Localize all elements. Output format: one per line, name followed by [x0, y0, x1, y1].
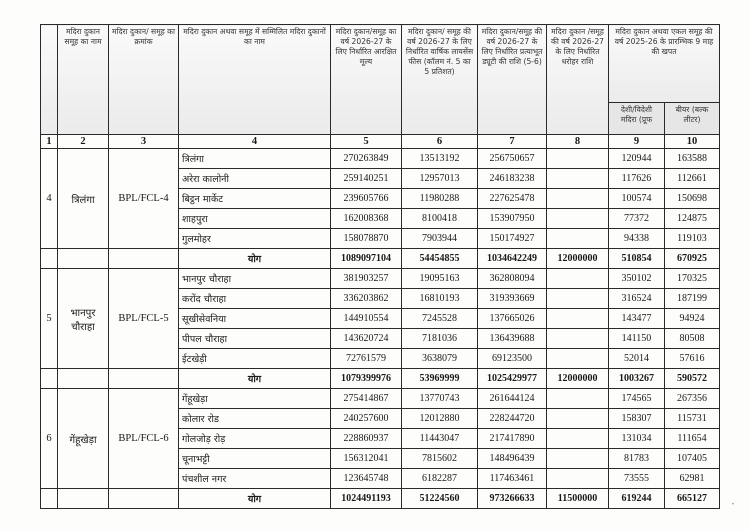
empty-cell — [41, 489, 58, 509]
cell-c6: 13513192 — [402, 149, 478, 169]
header-license-fee: मदिरा दुकान/ समूह की वर्ष 2026-27 के लिए… — [402, 25, 478, 135]
cell-c8 — [547, 469, 609, 489]
table-row: 5भानपुर चौराहाBPL/FCL-5भानपुर चौराहा3819… — [41, 269, 720, 289]
cell-c5: 259140251 — [331, 169, 402, 189]
header-guaranteed-duty: मदिरा दुकान/समूह की वर्ष 2026-27 के लिए … — [478, 25, 547, 135]
column-number: 7 — [478, 135, 547, 149]
header-group-name: मदिरा दुकान समूह का नाम — [58, 25, 109, 135]
cell-c5: 240257600 — [331, 409, 402, 429]
cell-c10: 124875 — [665, 209, 720, 229]
serial-number: 6 — [41, 389, 58, 489]
cell-c7: 319393669 — [478, 289, 547, 309]
shop-name: शाहपुरा — [179, 209, 331, 229]
cell-c10: 112661 — [665, 169, 720, 189]
header-group-code: मदिरा दुकान/ समूह का क्रमांक — [109, 25, 179, 135]
shop-name: चूनाभट्टी — [179, 449, 331, 469]
cell-c9: 143477 — [609, 309, 665, 329]
total-c9: 619244 — [609, 489, 665, 509]
cell-c7: 148496439 — [478, 449, 547, 469]
cell-c7: 69123500 — [478, 349, 547, 369]
cell-c9: 131034 — [609, 429, 665, 449]
cell-c6: 19095163 — [402, 269, 478, 289]
cell-c8 — [547, 329, 609, 349]
serial-number: 5 — [41, 269, 58, 369]
cell-c10: 94924 — [665, 309, 720, 329]
empty-cell — [109, 369, 179, 389]
cell-c5: 144910554 — [331, 309, 402, 329]
total-c5: 1024491193 — [331, 489, 402, 509]
shop-name: गोलजोड़ रोड़ — [179, 429, 331, 449]
shop-name: गेंहूखेड़ा — [179, 389, 331, 409]
total-c6: 53969999 — [402, 369, 478, 389]
column-number: 5 — [331, 135, 402, 149]
cell-c6: 8100418 — [402, 209, 478, 229]
cell-c9: 81783 — [609, 449, 665, 469]
cell-c5: 72761579 — [331, 349, 402, 369]
cell-c8 — [547, 449, 609, 469]
empty-cell — [58, 369, 109, 389]
cell-c5: 228860937 — [331, 429, 402, 449]
cell-c9: 100574 — [609, 189, 665, 209]
cell-c8 — [547, 289, 609, 309]
column-number: 3 — [109, 135, 179, 149]
column-number: 1 — [41, 135, 58, 149]
group-code: BPL/FCL-5 — [109, 269, 179, 369]
column-number-row: 12345678910 — [41, 135, 720, 149]
cell-c9: 73555 — [609, 469, 665, 489]
header-beer-bulk: बीयर (बल्क लीटर) — [665, 103, 720, 135]
cell-c10: 62981 — [665, 469, 720, 489]
cell-c7: 137665026 — [478, 309, 547, 329]
cell-c7: 362808094 — [478, 269, 547, 289]
empty-cell — [41, 369, 58, 389]
cell-c6: 11443047 — [402, 429, 478, 449]
total-row: योग1089097104544548551034642249120000005… — [41, 249, 720, 269]
total-label: योग — [179, 249, 331, 269]
empty-cell — [109, 249, 179, 269]
cell-c5: 143620724 — [331, 329, 402, 349]
cell-c6: 3638079 — [402, 349, 478, 369]
header-sr — [41, 25, 58, 135]
total-c9: 1003267 — [609, 369, 665, 389]
cell-c10: 111654 — [665, 429, 720, 449]
cell-c8 — [547, 269, 609, 289]
cell-c10: 57616 — [665, 349, 720, 369]
cell-c7: 150174927 — [478, 229, 547, 249]
cell-c6: 12012880 — [402, 409, 478, 429]
total-row: योग1079399976539699991025429977120000001… — [41, 369, 720, 389]
total-label: योग — [179, 369, 331, 389]
total-c8: 12000000 — [547, 249, 609, 269]
empty-cell — [109, 489, 179, 509]
shop-name: सूखीसेवनिया — [179, 309, 331, 329]
shop-name: बिट्ठन मार्केट — [179, 189, 331, 209]
cell-c6: 7903944 — [402, 229, 478, 249]
cell-c9: 52014 — [609, 349, 665, 369]
group-code: BPL/FCL-6 — [109, 389, 179, 489]
cell-c6: 16810193 — [402, 289, 478, 309]
total-c7: 973266633 — [478, 489, 547, 509]
cell-c6: 12957013 — [402, 169, 478, 189]
cell-c9: 77372 — [609, 209, 665, 229]
cell-c8 — [547, 409, 609, 429]
total-c5: 1079399976 — [331, 369, 402, 389]
cell-c9: 350102 — [609, 269, 665, 289]
cell-c10: 170325 — [665, 269, 720, 289]
total-c10: 665127 — [665, 489, 720, 509]
header-consumption: मदिरा दुकान अथवा एकल समूह की वर्ष 2025-2… — [609, 25, 720, 103]
column-number: 6 — [402, 135, 478, 149]
cell-c6: 6182287 — [402, 469, 478, 489]
liquor-shop-table: मदिरा दुकान समूह का नाम मदिरा दुकान/ समू… — [40, 24, 720, 509]
cell-c10: 80508 — [665, 329, 720, 349]
cell-c8 — [547, 209, 609, 229]
total-row: योग1024491193512245609732666331150000061… — [41, 489, 720, 509]
cell-c6: 11980288 — [402, 189, 478, 209]
group-name: गेंहूखेड़ा — [58, 389, 109, 489]
cell-c5: 336203862 — [331, 289, 402, 309]
cell-c8 — [547, 169, 609, 189]
column-number: 2 — [58, 135, 109, 149]
cell-c5: 270263849 — [331, 149, 402, 169]
cell-c5: 158078870 — [331, 229, 402, 249]
shop-name: कोलार रोड — [179, 409, 331, 429]
cell-c10: 163588 — [665, 149, 720, 169]
cell-c5: 275414867 — [331, 389, 402, 409]
cell-c5: 239605766 — [331, 189, 402, 209]
shop-name: भानपुर चौराहा — [179, 269, 331, 289]
cell-c10: 119103 — [665, 229, 720, 249]
header-shop-names: मदिरा दुकान अथवा समूह में सम्मिलित मदिरा… — [179, 25, 331, 135]
header-reserve-price: मदिरा दुकान/समूह का वर्ष 2026-27 के लिए … — [331, 25, 402, 135]
cell-c7: 117463461 — [478, 469, 547, 489]
cell-c7: 217417890 — [478, 429, 547, 449]
total-c10: 670925 — [665, 249, 720, 269]
table-row: 4त्रिलंगाBPL/FCL-4त्रिलंगा27026384913513… — [41, 149, 720, 169]
cell-c8 — [547, 429, 609, 449]
cell-c5: 162008368 — [331, 209, 402, 229]
cell-c9: 158307 — [609, 409, 665, 429]
column-number: 9 — [609, 135, 665, 149]
cell-c6: 7815602 — [402, 449, 478, 469]
total-c10: 590572 — [665, 369, 720, 389]
cell-c6: 7181036 — [402, 329, 478, 349]
cell-c7: 227625478 — [478, 189, 547, 209]
cell-c8 — [547, 189, 609, 209]
cell-c6: 13770743 — [402, 389, 478, 409]
total-c8: 12000000 — [547, 369, 609, 389]
cell-c10: 267356 — [665, 389, 720, 409]
cell-c8 — [547, 349, 609, 369]
table-row: 6गेंहूखेड़ाBPL/FCL-6गेंहूखेड़ा2754148671… — [41, 389, 720, 409]
cell-c7: 153907950 — [478, 209, 547, 229]
total-c6: 51224560 — [402, 489, 478, 509]
cell-c8 — [547, 229, 609, 249]
cell-c10: 187199 — [665, 289, 720, 309]
empty-cell — [58, 249, 109, 269]
cell-c9: 120944 — [609, 149, 665, 169]
shop-name: गुलमोहर — [179, 229, 331, 249]
group-code: BPL/FCL-4 — [109, 149, 179, 249]
shop-name: करोंद चौराहा — [179, 289, 331, 309]
column-number: 4 — [179, 135, 331, 149]
shop-name: त्रिलंगा — [179, 149, 331, 169]
cell-c5: 156312041 — [331, 449, 402, 469]
total-c7: 1025429977 — [478, 369, 547, 389]
total-c6: 54454855 — [402, 249, 478, 269]
column-number: 10 — [665, 135, 720, 149]
cell-c9: 117626 — [609, 169, 665, 189]
document-page: मदिरा दुकान समूह का नाम मदिरा दुकान/ समू… — [40, 24, 720, 509]
cell-c9: 174565 — [609, 389, 665, 409]
total-c8: 11500000 — [547, 489, 609, 509]
cell-c8 — [547, 389, 609, 409]
shop-name: पीपल चौराहा — [179, 329, 331, 349]
empty-cell — [41, 249, 58, 269]
cell-c6: 7245528 — [402, 309, 478, 329]
shop-name: अरेरा कालोनी — [179, 169, 331, 189]
cell-c8 — [547, 149, 609, 169]
total-c9: 510854 — [609, 249, 665, 269]
column-number: 8 — [547, 135, 609, 149]
group-name: भानपुर चौराहा — [58, 269, 109, 369]
cell-c7: 246183238 — [478, 169, 547, 189]
cell-c10: 115731 — [665, 409, 720, 429]
header-liquor-proof: देशी/विदेशी मदिरा (प्रूफ — [609, 103, 665, 135]
group-name: त्रिलंगा — [58, 149, 109, 249]
shop-name: पंचशील नगर — [179, 469, 331, 489]
cell-c5: 381903257 — [331, 269, 402, 289]
cell-c9: 316524 — [609, 289, 665, 309]
serial-number: 4 — [41, 149, 58, 249]
cell-c10: 150698 — [665, 189, 720, 209]
cell-c10: 107405 — [665, 449, 720, 469]
header-earnest-money: मदिरा दुकान /समूह की वर्ष 2026-27 के लिए… — [547, 25, 609, 135]
total-label: योग — [179, 489, 331, 509]
total-c7: 1034642249 — [478, 249, 547, 269]
page-mark: " — [732, 503, 734, 509]
cell-c9: 94338 — [609, 229, 665, 249]
cell-c7: 228244720 — [478, 409, 547, 429]
shop-name: ईटखेड़ी — [179, 349, 331, 369]
total-c5: 1089097104 — [331, 249, 402, 269]
cell-c9: 141150 — [609, 329, 665, 349]
cell-c7: 136439688 — [478, 329, 547, 349]
cell-c5: 123645748 — [331, 469, 402, 489]
cell-c7: 256750657 — [478, 149, 547, 169]
empty-cell — [58, 489, 109, 509]
cell-c8 — [547, 309, 609, 329]
cell-c7: 261644124 — [478, 389, 547, 409]
